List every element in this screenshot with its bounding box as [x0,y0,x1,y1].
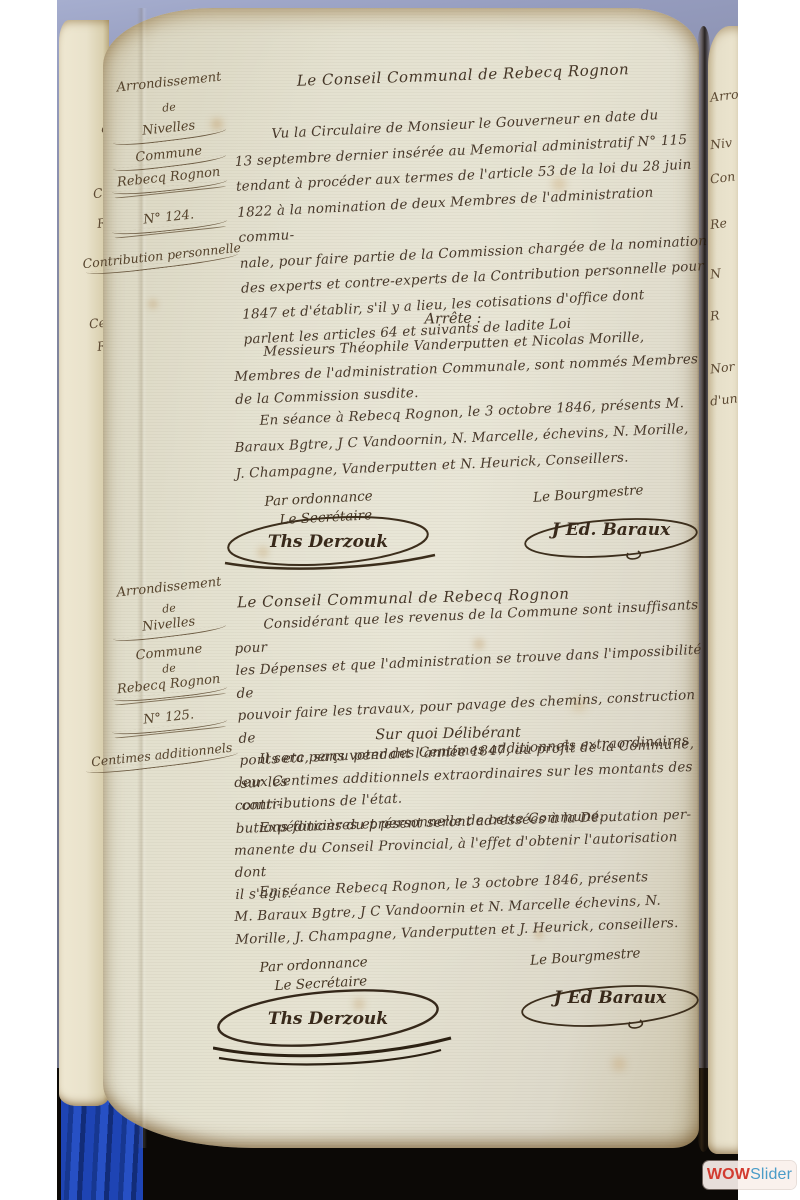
margin-line: N° 125. [102,703,235,738]
svg-text:J Ed. Baraux: J Ed. Baraux [549,520,671,540]
mayor-signature: J Ed. Baraux [518,505,703,563]
entry-1-title: Le Conseil Communal de Rebecq Rognon [253,59,673,92]
margin-line: Arrondissement [103,68,236,97]
watermark-slider-text: Slider [750,1166,792,1184]
page-fragment: Niv [709,135,733,153]
page-fragment: R [709,307,720,323]
signature-flourish: Ths Derzouk [213,986,458,1071]
page-fragment: N [709,265,722,281]
paper-stains [103,8,111,16]
secretary-signature: Ths Derzouk [223,513,438,575]
slideshow-frame: ar N Coi Re N Cen Ru Arrondissement de N… [0,0,800,1200]
signature-flourish: J Ed. Baraux [518,505,703,563]
photograph: ar N Coi Re N Cen Ru Arrondissement de N… [57,0,738,1200]
mayor-title: Le Bourgmestre [532,481,644,508]
mayor-title: Le Bourgmestre [529,944,641,971]
page-fragment: Re [709,215,728,232]
page-fragment: Con [709,169,736,187]
watermark-wow-text: WOW [707,1166,750,1184]
signature-flourish: Ths Derzouk [223,513,438,575]
svg-text:Ths Derzouk: Ths Derzouk [268,1009,388,1029]
margin-line: N° 124. [102,203,235,238]
previous-page-edge: ar N Coi Re N Cen Ru [59,20,109,1106]
wowslider-watermark-link[interactable]: WOWSlider [703,1161,796,1189]
page-fragment: d'un [709,390,738,408]
page-fragment: Arro [709,86,738,104]
mayor-signature: J Ed Baraux [515,970,705,1032]
next-page-edge: Arro Niv Con Re N R Nor d'un [708,26,738,1154]
manuscript-page: Arrondissement de Nivelles Commune Rebec… [103,8,699,1148]
svg-text:Ths Derzouk: Ths Derzouk [268,532,388,552]
svg-text:J Ed Baraux: J Ed Baraux [551,988,667,1008]
secretary-signature: Ths Derzouk [213,986,458,1071]
signature-flourish: J Ed Baraux [515,970,705,1032]
page-fragment: Nor [709,359,735,377]
